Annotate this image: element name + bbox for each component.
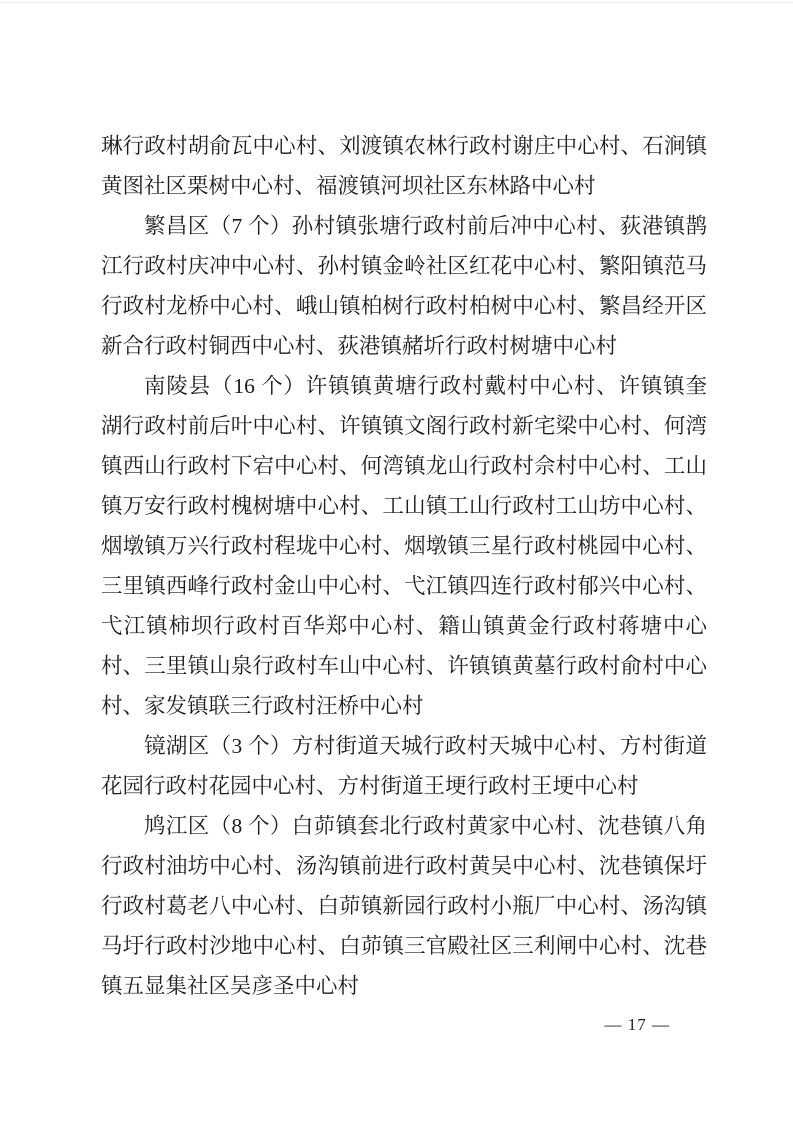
text-line: 烟墩镇万兴行政村程垅中心村、烟墩镇三星行政村桃园中心村、: [101, 526, 707, 566]
text-line: 南陵县（16 个）许镇镇黄塘行政村戴村中心村、许镇镇奎: [101, 366, 707, 406]
text-line: 三里镇西峰行政村金山中心村、弋江镇四连行政村郁兴中心村、: [101, 566, 707, 606]
text-line: 繁昌区（7 个）孙村镇张塘行政村前后冲中心村、荻港镇鹊: [101, 206, 707, 246]
text-line: 镇万安行政村槐树塘中心村、工山镇工山行政村工山坊中心村、: [101, 486, 707, 526]
text-line: 行政村葛老八中心村、白茆镇新园行政村小瓶厂中心村、汤沟镇: [101, 886, 707, 926]
text-line: 村、家发镇联三行政村汪桥中心村: [101, 686, 707, 726]
text-line: 弋江镇柿坝行政村百华郑中心村、籍山镇黄金行政村蒋塘中心: [101, 606, 707, 646]
text-line: 镜湖区（3 个）方村街道天城行政村天城中心村、方村街道: [101, 726, 707, 766]
page-number: — 17 —: [605, 1014, 671, 1036]
text-line: 马圩行政村沙地中心村、白茆镇三官殿社区三利闸中心村、沈巷: [101, 926, 707, 966]
text-line: 村、三里镇山泉行政村车山中心村、许镇镇黄墓行政村俞村中心: [101, 646, 707, 686]
page-top-edge: [0, 2, 793, 3]
text-line: 花园行政村花园中心村、方村街道王埂行政村王埂中心村: [101, 766, 707, 806]
text-line: 江行政村庆冲中心村、孙村镇金岭社区红花中心村、繁阳镇范马: [101, 246, 707, 286]
text-line: 湖行政村前后叶中心村、许镇镇文阁行政村新宅梁中心村、何湾: [101, 406, 707, 446]
text-line: 镇西山行政村下宕中心村、何湾镇龙山行政村佘村中心村、工山: [101, 446, 707, 486]
text-line: 琳行政村胡俞瓦中心村、刘渡镇农林行政村谢庄中心村、石涧镇: [101, 126, 707, 166]
document-body: 琳行政村胡俞瓦中心村、刘渡镇农林行政村谢庄中心村、石涧镇黄图社区栗树中心村、福渡…: [101, 126, 707, 1006]
text-line: 行政村油坊中心村、汤沟镇前进行政村黄吴中心村、沈巷镇保圩: [101, 846, 707, 886]
document-page: 琳行政村胡俞瓦中心村、刘渡镇农林行政村谢庄中心村、石涧镇黄图社区栗树中心村、福渡…: [0, 0, 793, 1122]
text-line: 新合行政村铜西中心村、荻港镇赭圻行政村树塘中心村: [101, 326, 707, 366]
text-line: 黄图社区栗树中心村、福渡镇河坝社区东林路中心村: [101, 166, 707, 206]
text-line: 鸠江区（8 个）白茆镇套北行政村黄家中心村、沈巷镇八角: [101, 806, 707, 846]
text-line: 镇五显集社区吴彦圣中心村: [101, 966, 707, 1006]
text-line: 行政村龙桥中心村、峨山镇柏树行政村柏树中心村、繁昌经开区: [101, 286, 707, 326]
